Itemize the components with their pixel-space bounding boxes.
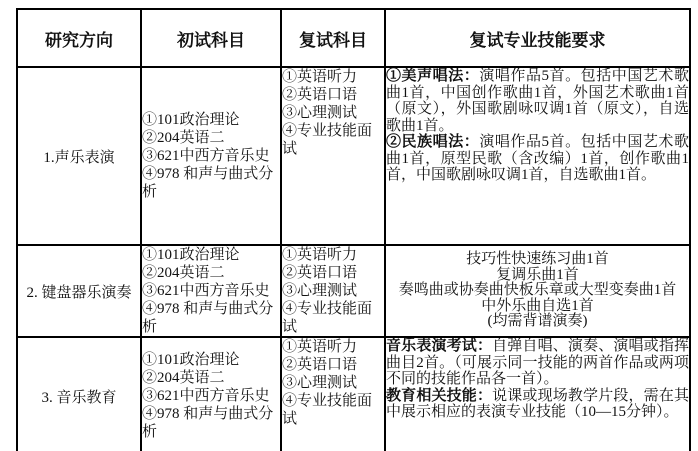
subject-item: ①英语听力 <box>282 68 384 86</box>
requirement-paragraph: 教育相关技能：说课或现场教学片段，需在其中展示相应的表演专业技能（10—15分钟… <box>386 388 689 421</box>
header-cell-retest-skill-requirements: 复试专业技能要求 <box>385 9 690 67</box>
exam-requirements-table: 研究方向 初试科目 复试科目 复试专业技能要求 1.声乐表演 ①101政治理论 … <box>16 8 691 451</box>
retest-subjects-cell: ①英语听力 ②英语口语 ③心理测试 ④专业技能面试 <box>281 337 385 451</box>
initial-subjects-cell: ①101政治理论 ②204英语二 ③621中西方音乐史 ④978 和声与曲式分析 <box>141 67 281 245</box>
subject-item: ③心理测试 <box>282 374 384 392</box>
page: 研究方向 初试科目 复试科目 复试专业技能要求 1.声乐表演 ①101政治理论 … <box>0 0 698 451</box>
direction-cell: 3. 音乐教育 <box>17 337 141 451</box>
requirement-line: (均需背谱演奏) <box>386 314 689 330</box>
subject-item: ②204英语二 <box>142 264 280 282</box>
requirement-lead: 音乐表演考试： <box>386 338 492 354</box>
subject-item: ③621中西方音乐史 <box>142 147 280 165</box>
subject-item: ③心理测试 <box>282 282 384 300</box>
direction-cell: 1.声乐表演 <box>17 67 141 245</box>
requirement-paragraph: 音乐表演考试：自弹自唱、演奏、演唱或指挥曲目2首。（可展示同一技能的两首作品或两… <box>386 338 689 388</box>
subject-item: ①101政治理论 <box>142 111 280 129</box>
requirement-line: 技巧性快速练习曲1首 <box>386 252 689 268</box>
subject-item: ①101政治理论 <box>142 351 280 369</box>
header-cell-retest-subjects: 复试科目 <box>281 9 385 67</box>
requirement-lead: ①美声唱法： <box>386 68 479 84</box>
subject-item: ②204英语二 <box>142 369 280 387</box>
subject-item: ④978 和声与曲式分析 <box>142 300 280 336</box>
subject-item: ②204英语二 <box>142 129 280 147</box>
subject-item: ④978 和声与曲式分析 <box>142 405 280 441</box>
subject-item: ④978 和声与曲式分析 <box>142 165 280 201</box>
table-row: 2. 键盘器乐演奏 ①101政治理论 ②204英语二 ③621中西方音乐史 ④9… <box>17 245 690 337</box>
subject-item: ②英语口语 <box>282 264 384 282</box>
subject-item: ①英语听力 <box>282 338 384 356</box>
initial-subjects-cell: ①101政治理论 ②204英语二 ③621中西方音乐史 ④978 和声与曲式分析 <box>141 245 281 337</box>
requirements-cell: 技巧性快速练习曲1首 复调乐曲1首 奏鸣曲或协奏曲快板乐章或大型变奏曲1首 中外… <box>385 245 690 337</box>
subject-item: ③621中西方音乐史 <box>142 282 280 300</box>
requirements-cell: 音乐表演考试：自弹自唱、演奏、演唱或指挥曲目2首。（可展示同一技能的两首作品或两… <box>385 337 690 451</box>
header-cell-initial-subjects: 初试科目 <box>141 9 281 67</box>
initial-subjects-cell: ①101政治理论 ②204英语二 ③621中西方音乐史 ④978 和声与曲式分析 <box>141 337 281 451</box>
requirement-paragraph: ②民族唱法：演唱作品5首。包括中国艺术歌曲1首，原型民歌（含改编）1首，创作歌曲… <box>386 134 689 184</box>
retest-subjects-cell: ①英语听力 ②英语口语 ③心理测试 ④专业技能面试 <box>281 245 385 337</box>
requirements-cell: ①美声唱法：演唱作品5首。包括中国艺术歌曲1首，中国创作歌曲1首，外国艺术歌曲1… <box>385 67 690 245</box>
subject-item: ①101政治理论 <box>142 246 280 264</box>
subject-item: ③心理测试 <box>282 104 384 122</box>
direction-cell: 2. 键盘器乐演奏 <box>17 245 141 337</box>
requirement-line: 复调乐曲1首 <box>386 268 689 284</box>
table-row: 1.声乐表演 ①101政治理论 ②204英语二 ③621中西方音乐史 ④978 … <box>17 67 690 245</box>
requirement-line: 中外乐曲自选1首 <box>386 299 689 315</box>
subject-item: ④专业技能面试 <box>282 300 384 336</box>
subject-item: ④专业技能面试 <box>282 392 384 428</box>
requirement-line: 奏鸣曲或协奏曲快板乐章或大型变奏曲1首 <box>386 283 689 299</box>
requirement-lead: 教育相关技能： <box>386 388 492 404</box>
requirement-paragraph: ①美声唱法：演唱作品5首。包括中国艺术歌曲1首，中国创作歌曲1首，外国艺术歌曲1… <box>386 68 689 134</box>
header-cell-direction: 研究方向 <box>17 9 141 67</box>
header-row: 研究方向 初试科目 复试科目 复试专业技能要求 <box>17 9 690 67</box>
subject-item: ②英语口语 <box>282 86 384 104</box>
table-row: 3. 音乐教育 ①101政治理论 ②204英语二 ③621中西方音乐史 ④978… <box>17 337 690 451</box>
subject-item: ③621中西方音乐史 <box>142 387 280 405</box>
subject-item: ②英语口语 <box>282 356 384 374</box>
requirement-lead: ②民族唱法： <box>386 134 479 150</box>
subject-item: ④专业技能面试 <box>282 122 384 158</box>
retest-subjects-cell: ①英语听力 ②英语口语 ③心理测试 ④专业技能面试 <box>281 67 385 245</box>
subject-item: ①英语听力 <box>282 246 384 264</box>
